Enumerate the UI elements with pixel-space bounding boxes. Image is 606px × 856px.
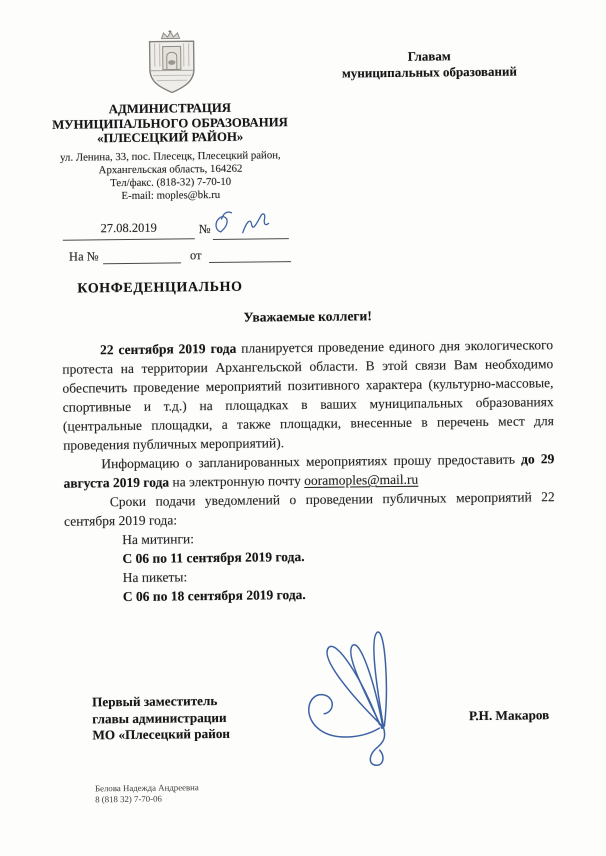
- coat-of-arms-icon: [142, 28, 201, 97]
- recipient-block: Главам муниципальных образований: [327, 47, 532, 80]
- letter-date: 27.08.2019: [63, 220, 195, 240]
- paragraph-2: Информацию о запланированных мероприятия…: [63, 449, 554, 493]
- address-line4: E-mail: moples@bk.ru: [38, 188, 303, 204]
- letter-page: Главам муниципальных образований АДМИНИС…: [0, 0, 606, 856]
- paragraph-2-mid: на электронную почту: [169, 473, 304, 490]
- from-label: от: [190, 248, 202, 263]
- scan-tilt-wrapper: Главам муниципальных образований АДМИНИС…: [0, 0, 606, 856]
- reply-date-field: [209, 244, 291, 263]
- confidential-stamp: КОНФЕДЕНЦИАЛЬНО: [77, 280, 242, 298]
- paragraph-2-start: Информацию о запланированных мероприятия…: [101, 452, 521, 472]
- number-label: №: [199, 222, 211, 237]
- event-date-bold: 22 сентября 2019 года: [100, 341, 236, 358]
- executor-contact: Белова Надежда Андреевна 8 (818 32) 7-70…: [95, 782, 199, 804]
- org-line2: МУНИЦИПАЛЬНОГО ОБРАЗОВАНИЯ: [37, 114, 302, 132]
- executor-phone: 8 (818 32) 7-70-06: [95, 793, 199, 805]
- organization-address: ул. Ленина, 33, пос. Плесецк, Плесецкий …: [38, 149, 304, 204]
- org-line3: «ПЛЕСЕЦКИЙ РАЙОН»: [38, 129, 303, 147]
- signer-name: Р.Н. Макаров: [449, 707, 549, 724]
- signer-title: Первый заместитель главы администрации М…: [92, 692, 313, 744]
- paragraph-1: 22 сентября 2019 года планируется провед…: [62, 335, 554, 455]
- paragraph-terms: Сроки подачи уведомлений о проведении пу…: [64, 487, 555, 531]
- signer-title-line3: МО «Плесецкий район: [92, 725, 312, 744]
- organization-name: АДМИНИСТРАЦИЯ МУНИЦИПАЛЬНОГО ОБРАЗОВАНИЯ…: [37, 100, 302, 147]
- recipient-line2: муниципальных образований: [327, 63, 532, 81]
- handwritten-number: [212, 207, 286, 238]
- salutation: Уважаемые коллеги!: [62, 306, 554, 328]
- letter-number-field: [212, 207, 288, 240]
- reply-number-field: [103, 245, 181, 264]
- email-link[interactable]: ooramoples@mail.ru: [304, 472, 418, 488]
- executor-name: Белова Надежда Андреевна: [95, 782, 199, 794]
- reply-to-label: На №: [69, 249, 99, 264]
- letter-body: 22 сентября 2019 года планируется провед…: [62, 335, 556, 607]
